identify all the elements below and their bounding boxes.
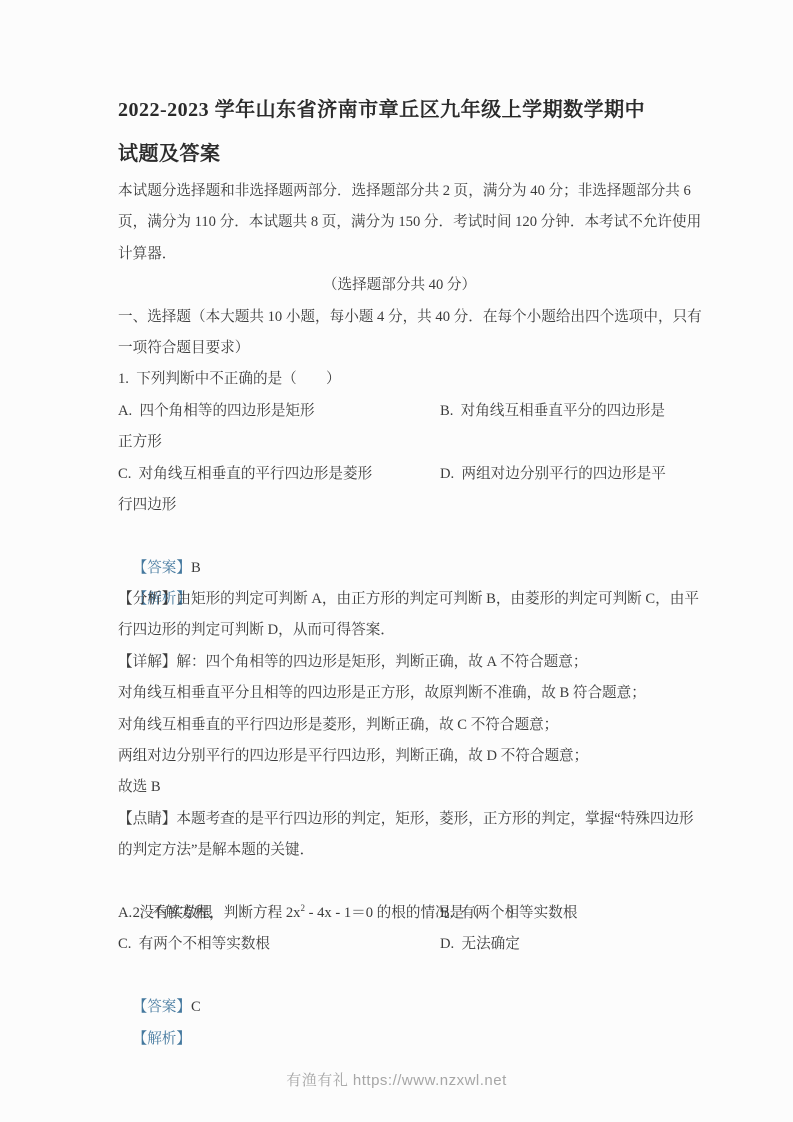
question-2-option-c: C. 有两个不相等实数根 xyxy=(118,929,440,960)
exam-title-line-1: 2022-2023 学年山东省济南市章丘区九年级上学期数学期中 xyxy=(118,88,681,132)
question-1-analysis-label-line: 【解析】 xyxy=(118,553,681,584)
intro-line-2: 页，满分为 110 分．本试题共 8 页，满分为 150 分．考试时间 120 … xyxy=(118,207,681,238)
question-1-dianjing-line-1: 【点睛】本题考查的是平行四边形的判定，矩形，菱形，正方形的判定，掌握“特殊四边形 xyxy=(118,804,681,835)
document-page: 2022-2023 学年山东省济南市章丘区九年级上学期数学期中 试题及答案 本试… xyxy=(0,0,793,1122)
question-2-answer-value: C xyxy=(191,999,201,1015)
question-2-option-d: D. 无法确定 xyxy=(440,929,681,960)
question-1-options-row-1: A. 四个角相等的四边形是矩形 B. 对角线互相垂直平分的四边形是 xyxy=(118,396,681,427)
section-part-note: （选择题部分共 40 分） xyxy=(118,270,681,301)
question-1-options-row-2: C. 对角线互相垂直的平行四边形是菱形 D. 两组对边分别平行的四边形是平 xyxy=(118,459,681,490)
question-1-option-b: B. 对角线互相垂直平分的四边形是 xyxy=(440,396,681,427)
question-2-option-b: B. 有两个相等实数根 xyxy=(440,898,681,929)
analysis-label: 【解析】 xyxy=(133,1031,191,1047)
question-1-fenxi-line-2: 行四边形的判定可判断 D，从而可得答案． xyxy=(118,615,681,646)
question-1-answer-line: 【答案】B xyxy=(118,521,681,552)
intro-line-3: 计算器． xyxy=(118,239,681,270)
site-watermark: 有渔有礼 https://www.nzxwl.net xyxy=(0,1069,793,1090)
section-heading-line-2: 一项符合题目要求） xyxy=(118,333,681,364)
answer-label: 【答案】 xyxy=(133,999,191,1015)
question-2-options-row-1: A. 没有实数根 B. 有两个相等实数根 xyxy=(118,898,681,929)
exam-title-line-2: 试题及答案 xyxy=(118,132,681,176)
question-1-detail-line-1: 【详解】解：四个角相等的四边形是矩形，判断正确，故 A 不符合题意； xyxy=(118,647,681,678)
question-1-detail-line-5: 故选 B xyxy=(118,772,681,803)
question-1-stem: 1. 下列判断中不正确的是（ ） xyxy=(118,364,681,395)
question-1-fenxi-line-1: 【分析】由矩形的判定可判断 A，由正方形的判定可判断 B，由菱形的判定可判断 C… xyxy=(118,584,681,615)
question-1-answer-value: B xyxy=(191,560,201,576)
question-2-answer-line: 【答案】C xyxy=(118,961,681,992)
intro-line-1: 本试题分选择题和非选择题两部分．选择题部分共 2 页，满分为 40 分；非选择题… xyxy=(118,176,681,207)
question-1-detail-line-3: 对角线互相垂直的平行四边形是菱形，判断正确，故 C 不符合题意； xyxy=(118,710,681,741)
question-1-detail-line-2: 对角线互相垂直平分且相等的四边形是正方形，故原判断不准确，故 B 符合题意； xyxy=(118,678,681,709)
question-1-option-b-wrap: 正方形 xyxy=(118,427,681,458)
question-1-option-a: A. 四个角相等的四边形是矩形 xyxy=(118,396,440,427)
question-1-option-d-wrap: 行四边形 xyxy=(118,490,681,521)
answer-label: 【答案】 xyxy=(133,560,191,576)
question-1-option-c: C. 对角线互相垂直的平行四边形是菱形 xyxy=(118,459,440,490)
question-1-detail-line-4: 两组对边分别平行的四边形是平行四边形，判断正确，故 D 不符合题意； xyxy=(118,741,681,772)
question-1-option-d: D. 两组对边分别平行的四边形是平 xyxy=(440,459,681,490)
question-2-options-row-2: C. 有两个不相等实数根 D. 无法确定 xyxy=(118,929,681,960)
question-2-stem: 2. 不解方程，判断方程 2x2 - 4x - 1＝0 的根的情况是（ ） xyxy=(118,867,681,898)
question-1-dianjing-line-2: 的判定方法”是解本题的关键． xyxy=(118,835,681,866)
question-2-option-a: A. 没有实数根 xyxy=(118,898,440,929)
section-heading-line-1: 一、选择题（本大题共 10 小题，每小题 4 分，共 40 分．在每个小题给出四… xyxy=(118,302,681,333)
question-2-analysis-label-line: 【解析】 xyxy=(118,992,681,1023)
